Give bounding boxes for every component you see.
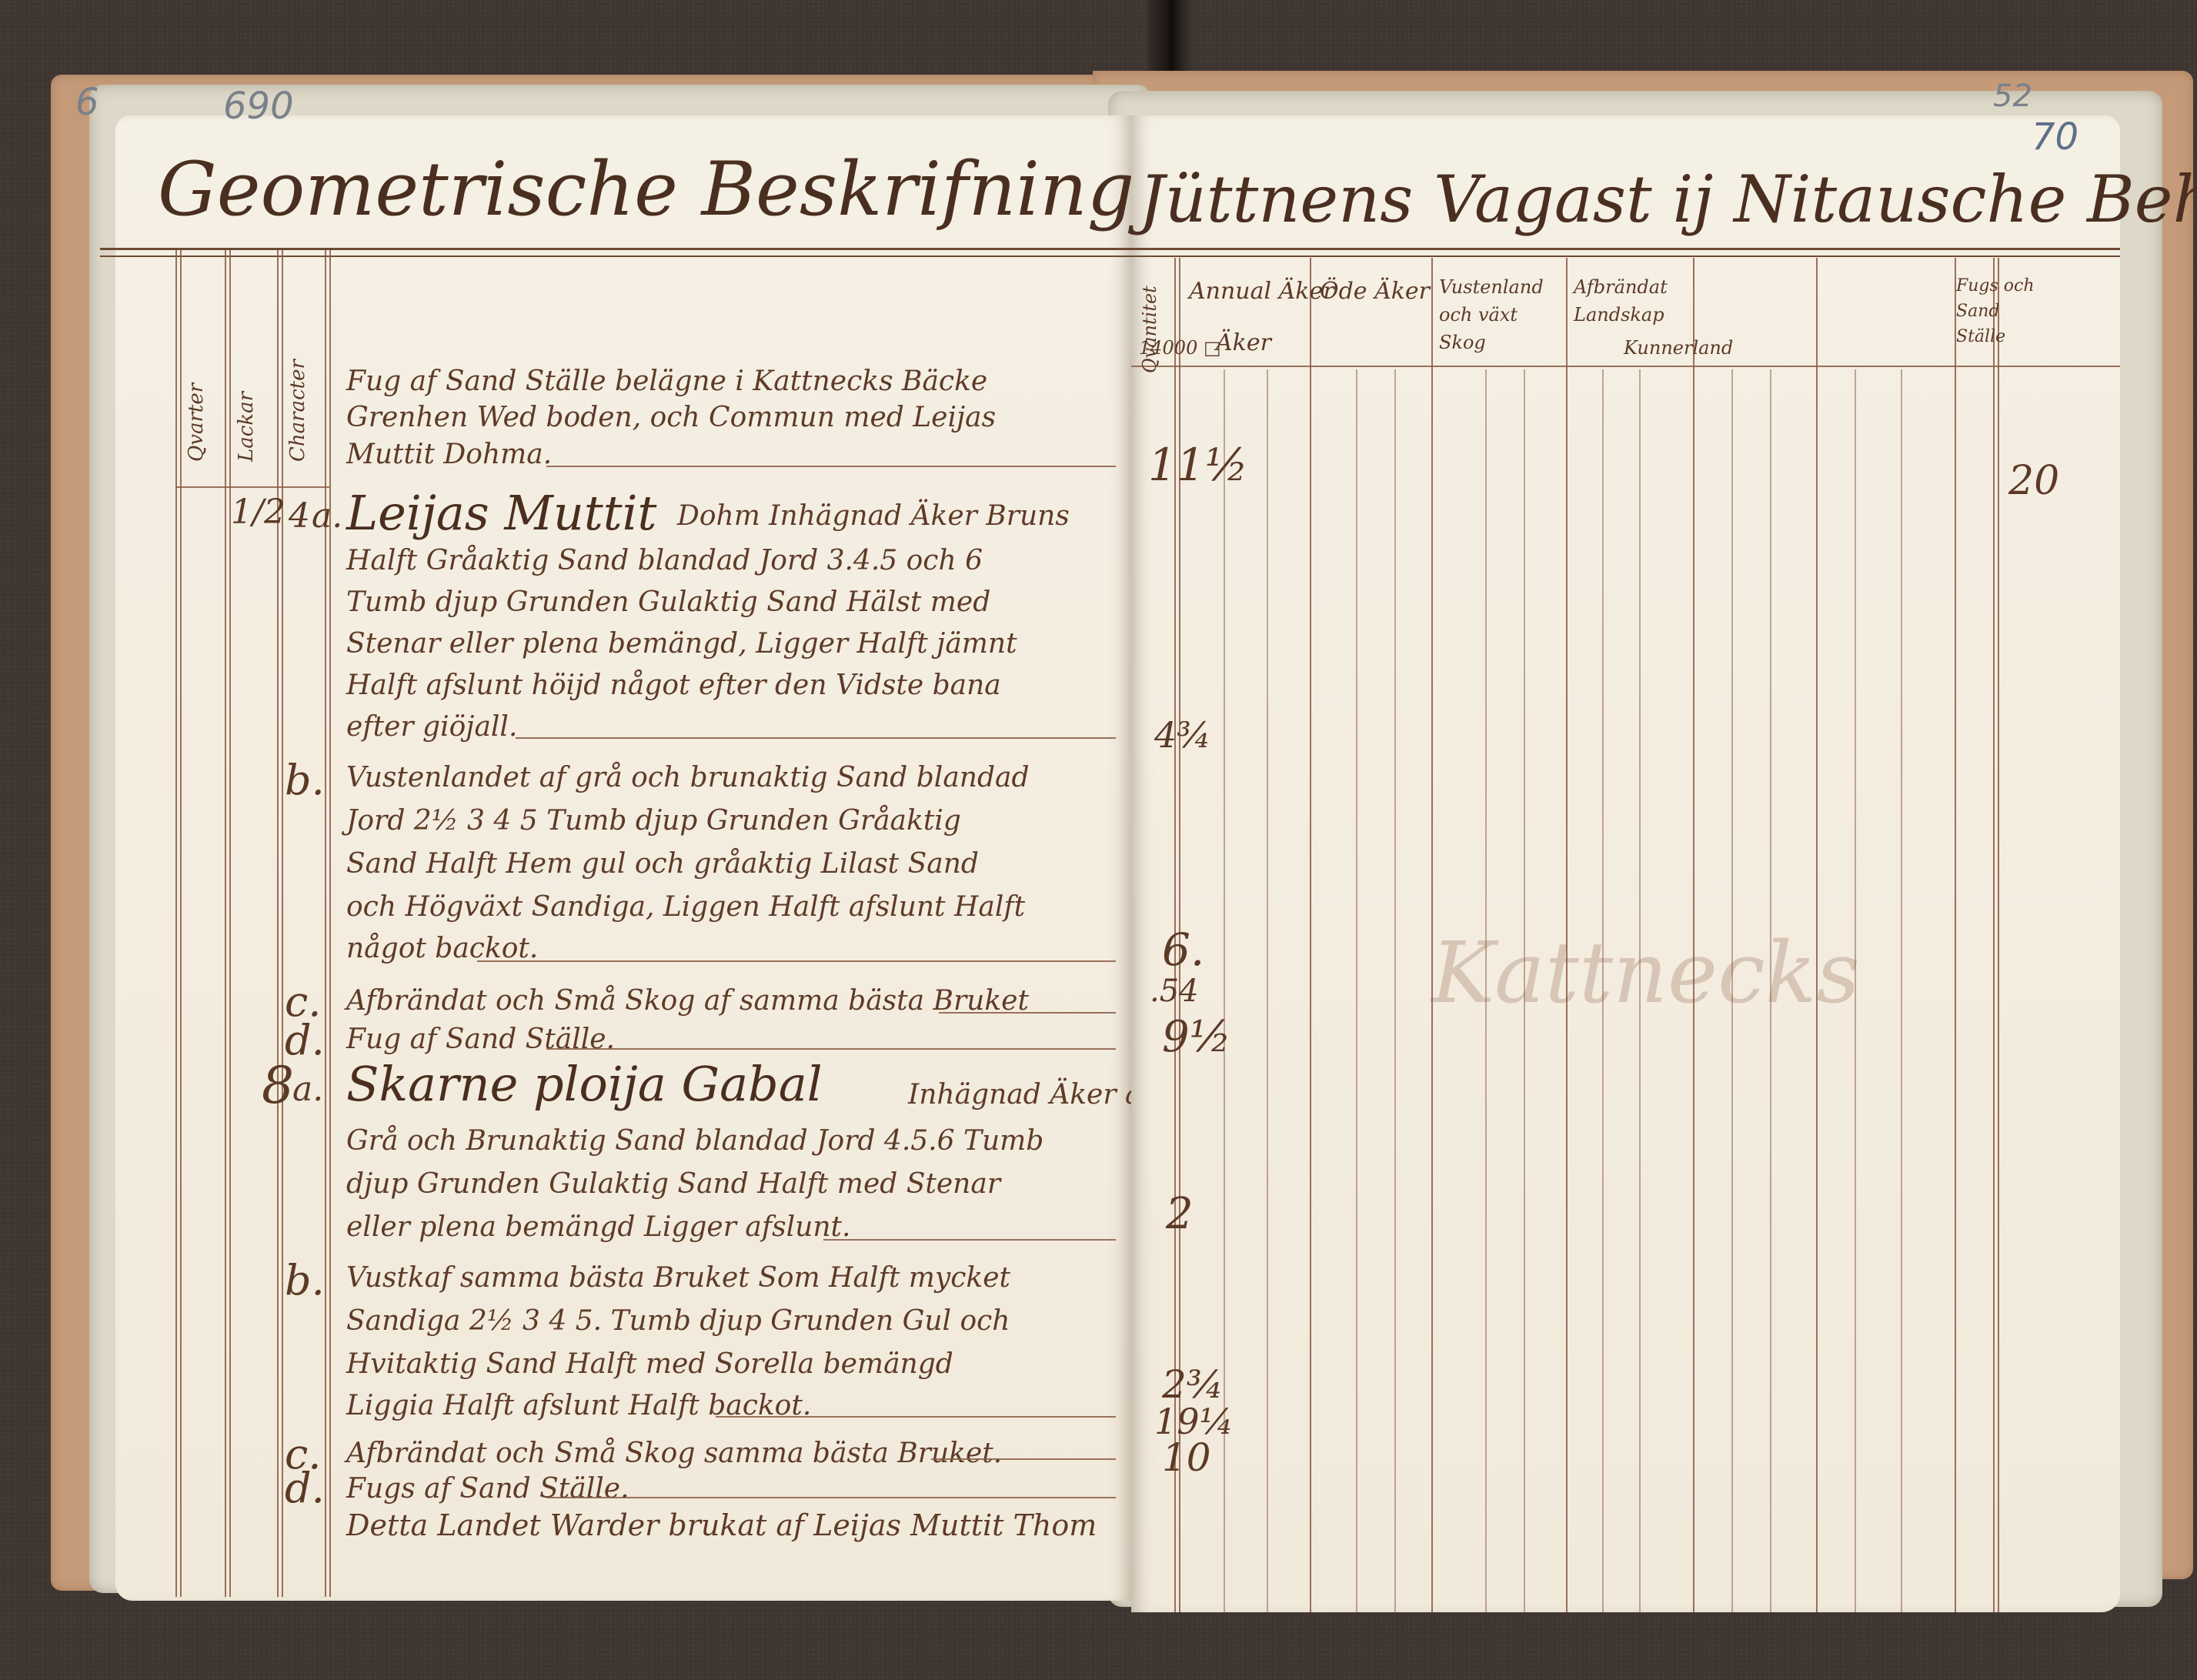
section-rule <box>931 1458 1116 1460</box>
entry-line: Vustenlandet af grå och brunaktig Sand b… <box>346 762 1030 793</box>
entry-line: Hvitaktig Sand Halft med Sorella bemängd <box>346 1348 953 1380</box>
bleed-through-text: Kattnecks <box>1431 923 1860 1022</box>
column-header-aker-sub: Äker <box>1216 325 1271 362</box>
pencil-page-number: 52 <box>1993 78 2032 114</box>
quantity-value: 4¾ <box>1154 714 1211 756</box>
quantity-value: 2 <box>1166 1189 1194 1239</box>
quantity-value: 11½ <box>1148 439 1248 491</box>
title-rule <box>100 248 1131 250</box>
quantity-value: 9½ <box>1162 1012 1231 1062</box>
entry-letter: a. <box>292 1070 323 1109</box>
pencil-folio-number: 690 <box>223 85 294 128</box>
column-header-fugs: Fugs och Sand Ställe <box>1956 273 2041 349</box>
header-rule <box>1131 366 2120 367</box>
entry-line: Fug af Sand Ställe. <box>346 1024 615 1055</box>
pencil-folio-number: 70 <box>2032 115 2078 159</box>
entry-line: Sand Halft Hem gul och gråaktig Lilast S… <box>346 848 979 880</box>
column-header-vustenland: Vustenland och växt Skog <box>1439 273 1562 356</box>
entry-line: Sandiga 2½ 3 4 5. Tumb djup Grunden Gul … <box>346 1305 1010 1337</box>
entry-line: Halft afslunt höijd något efter den Vids… <box>346 670 1001 701</box>
area-unit: 14000 □ <box>1139 333 1221 362</box>
entry-heading: Leijas Muttit <box>346 485 656 541</box>
page-title-right: Jüttnens Vagast ij Nitausche Behol. <box>1139 162 2197 237</box>
section-rule <box>477 960 1116 962</box>
column-header-afbrandat-sub: Kunnerland <box>1624 333 1733 362</box>
entry-heading: Skarne ploija Gabal <box>346 1056 823 1112</box>
entry-line: Tumb djup Grunden Gulaktig Sand Hälst me… <box>346 586 990 618</box>
fugs-column-value: 20 <box>2008 458 2059 504</box>
title-rule-2 <box>100 256 1131 257</box>
entry-letter: a. <box>312 496 342 536</box>
quantity-value: 6. <box>1162 923 1204 976</box>
quantity-value: .54 <box>1150 974 1199 1009</box>
column-line <box>175 250 177 1597</box>
entry-number: 8 <box>262 1056 294 1115</box>
entry-line: Dohm Inhägnad Äker Bruns <box>677 500 1070 532</box>
intro-line: Fug af Sand Ställe belägne i Kattnecks B… <box>346 366 987 397</box>
entry-line: Jord 2½ 3 4 5 Tumb djup Grunden Gråaktig <box>346 805 961 837</box>
column-line <box>1901 369 1902 1612</box>
column-line <box>1394 369 1396 1612</box>
column-line <box>1267 369 1268 1612</box>
intro-line: Grenhen Wed boden, och Commun med Leijas <box>346 402 996 433</box>
section-rule <box>546 466 1116 467</box>
closing-line: Detta Landet Warder brukat af Leijas Mut… <box>346 1508 1097 1542</box>
column-line <box>1356 369 1357 1612</box>
left-page: 6 690 Geometrische Beskrifning öfver Qva… <box>115 115 1131 1601</box>
column-line <box>1310 258 1311 1612</box>
entry-line: djup Grunden Gulaktig Sand Halft med Ste… <box>346 1168 1000 1200</box>
title-rule-2 <box>1131 256 2120 257</box>
column-header-lackar: Lackar <box>235 269 258 462</box>
intro-line: Muttit Dohma. <box>346 439 552 470</box>
entry-line: Afbrändat och Små Skog samma bästa Bruke… <box>346 1438 1002 1469</box>
section-rule <box>546 1048 1116 1050</box>
column-line <box>1955 258 1956 1612</box>
section-rule <box>939 1012 1116 1014</box>
column-line <box>325 250 326 1597</box>
column-line <box>229 250 231 1597</box>
entry-line: Vustkaf samma bästa Bruket Som Halft myc… <box>346 1262 1010 1294</box>
entry-letter: b. <box>285 1256 325 1304</box>
column-line <box>1998 258 1999 1612</box>
entry-line: Afbrändat och Små Skog af samma bästa Br… <box>346 985 1029 1017</box>
column-header-character: Character <box>286 269 309 462</box>
entry-line: Halft Gråaktig Sand blandad Jord 3.4.5 o… <box>346 545 983 576</box>
entry-number: 4 <box>289 496 310 536</box>
section-rule <box>823 1239 1116 1241</box>
entry-letter: d. <box>285 1464 325 1512</box>
qvarter-value: 1/2 <box>231 493 285 532</box>
column-header-annual-aker: Annual Äker <box>1189 273 1334 310</box>
pencil-page-number: 6 <box>75 81 99 124</box>
title-rule <box>1131 248 2120 250</box>
column-header-afbrandat: Afbrändat Landskap <box>1574 273 1689 329</box>
column-line <box>329 250 331 1597</box>
entry-line: och Högväxt Sandiga, Liggen Halft afslun… <box>346 891 1025 923</box>
entry-line: Stenar eller plena bemängd, Ligger Halft… <box>346 628 1017 660</box>
entry-line: något backot. <box>346 933 538 964</box>
entry-line: Fugs af Sand Ställe. <box>346 1473 629 1505</box>
entry-line: eller plena bemängd Ligger afslunt. <box>346 1211 850 1243</box>
section-rule <box>546 1497 1116 1498</box>
entry-line: Inhägnad Äker är <box>908 1079 1155 1111</box>
column-line <box>282 250 283 1597</box>
column-header-qvarter: Qvarter <box>185 269 208 462</box>
column-line <box>1993 258 1995 1612</box>
entry-line: efter giöjall. <box>346 711 517 743</box>
column-header-ode-aker: Öde Äker <box>1320 273 1430 310</box>
column-line <box>277 250 279 1597</box>
entry-letter: b. <box>285 756 325 804</box>
section-rule <box>516 737 1116 739</box>
right-page: 52 70 Jüttnens Vagast ij Nitausche Behol… <box>1131 115 2120 1612</box>
column-line <box>225 250 226 1597</box>
column-line <box>180 250 182 1597</box>
section-rule <box>716 1416 1116 1418</box>
entry-line: Grå och Brunaktig Sand blandad Jord 4.5.… <box>346 1125 1043 1157</box>
quantity-value: 10 <box>1162 1435 1211 1480</box>
header-rule <box>175 486 329 488</box>
